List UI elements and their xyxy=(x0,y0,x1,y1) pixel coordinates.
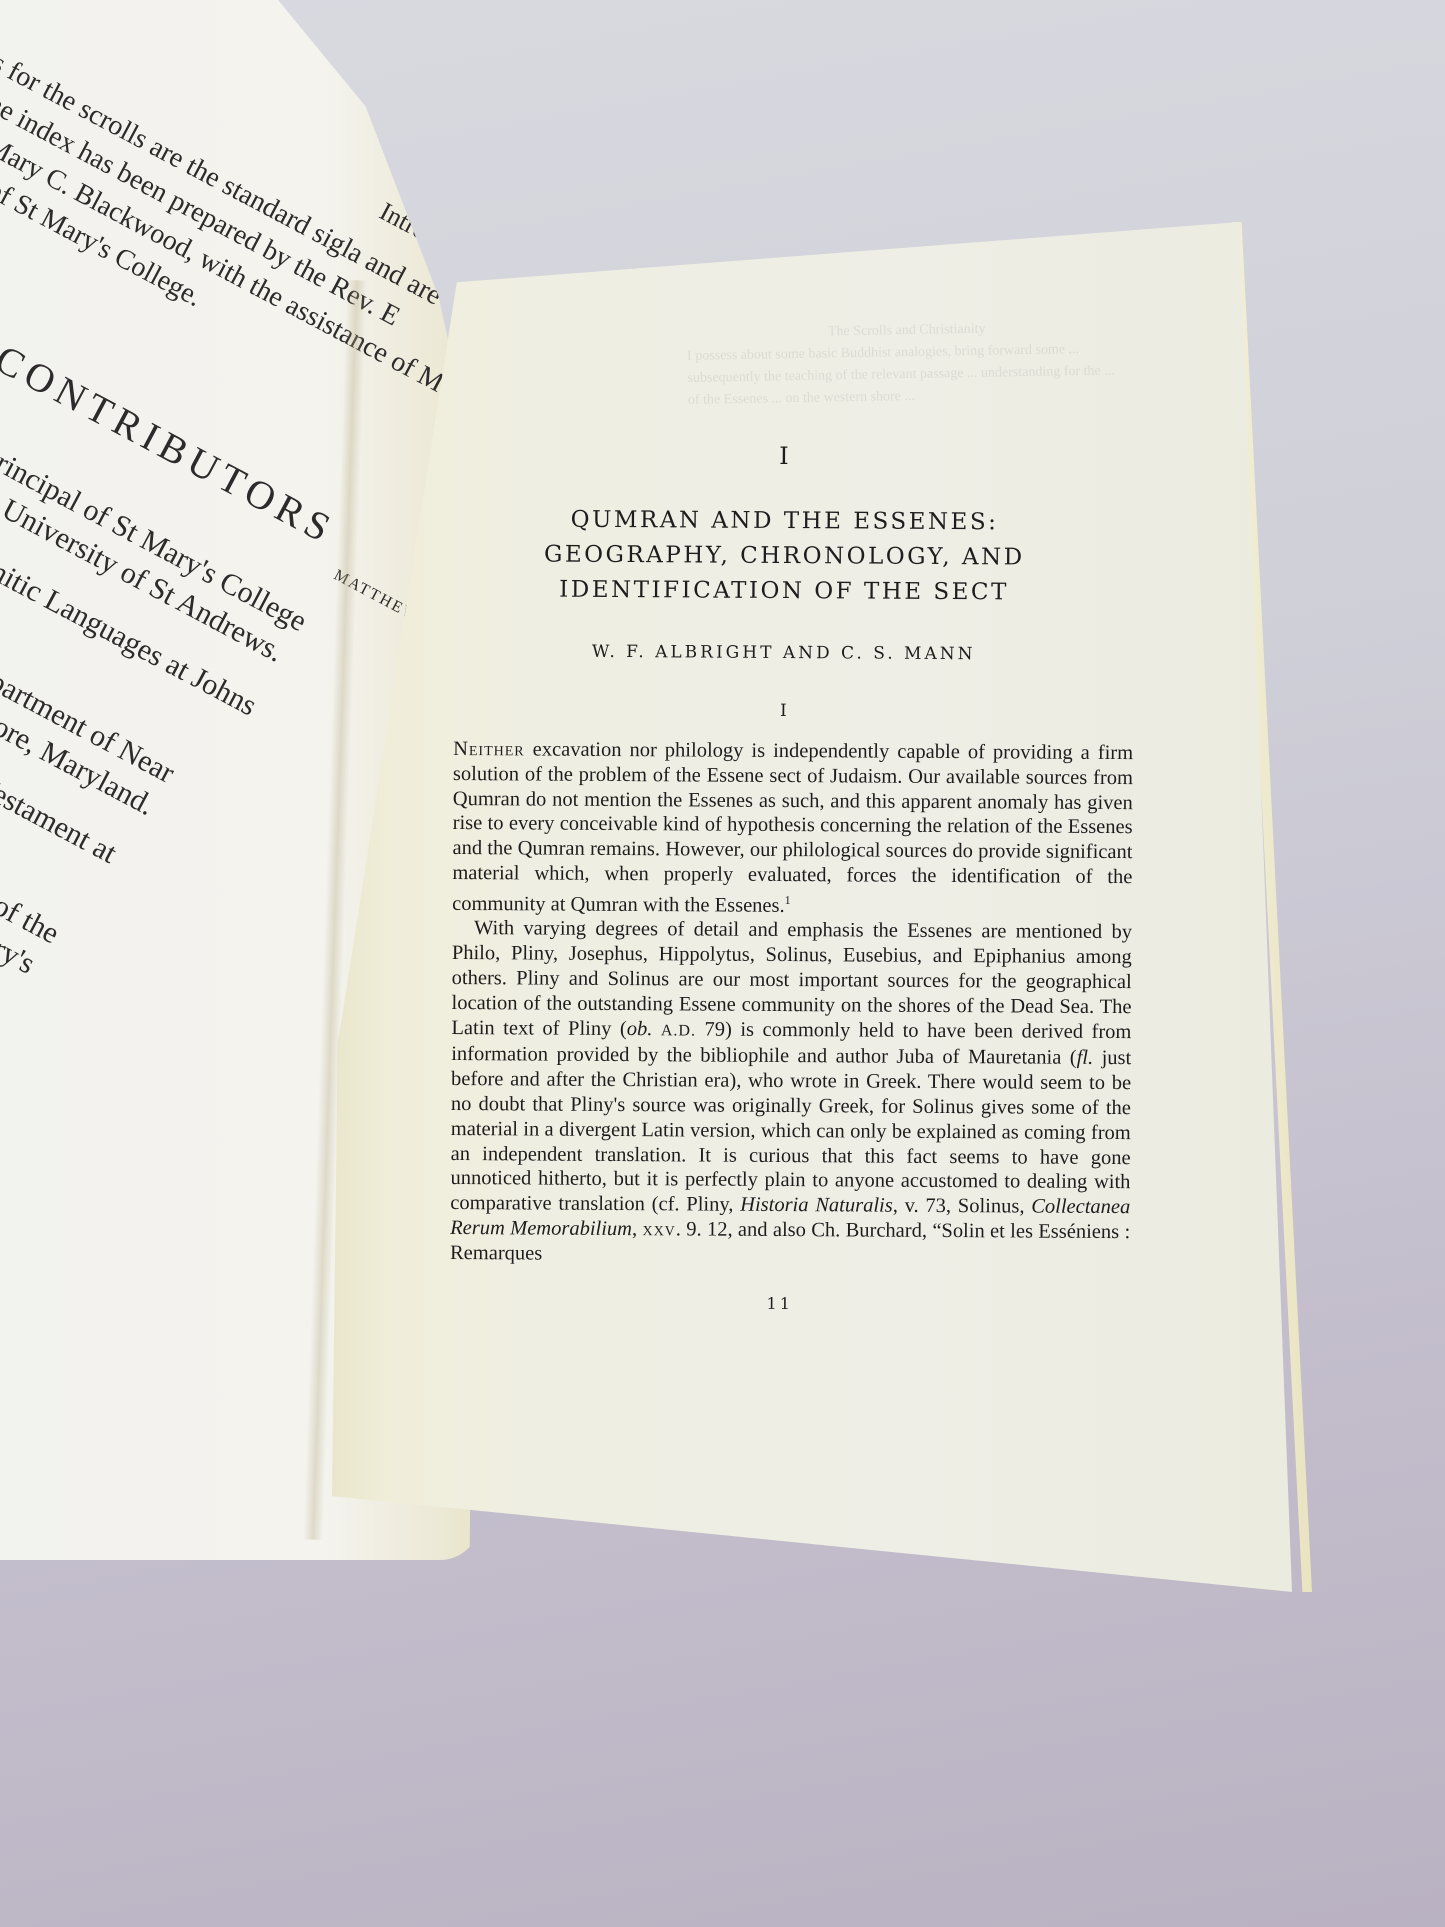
section-number: I xyxy=(433,699,1133,723)
paragraph: Neither excavation nor philology is inde… xyxy=(452,737,1133,921)
chapter-title: QUMRAN AND THE ESSENES: GEOGRAPHY, CHRON… xyxy=(434,502,1135,611)
italic-text: ob. xyxy=(627,1018,653,1040)
chapter-title-line: IDENTIFICATION OF THE SECT xyxy=(434,572,1134,611)
italic-text: Historia Naturalis xyxy=(740,1194,893,1217)
chapter-title-line: QUMRAN AND THE ESSENES: xyxy=(434,502,1134,541)
chapter-title-line: GEOGRAPHY, CHRONOLOGY, AND xyxy=(434,537,1134,576)
footnote-mark[interactable]: 1 xyxy=(785,893,791,907)
paragraph-text: , v. 73, Solinus, xyxy=(893,1195,1032,1218)
paragraph-text: , xyxy=(632,1218,643,1240)
small-caps-text: xxv xyxy=(642,1218,675,1240)
chapter-number: I xyxy=(435,440,1135,472)
lead-word: Neither xyxy=(453,738,525,760)
paragraph-text: excavation nor philology is independentl… xyxy=(452,738,1133,916)
paragraph: With varying degrees of detail and empha… xyxy=(450,916,1132,1269)
small-caps-text: A.D. xyxy=(661,1022,696,1039)
chapter-authors: W. F. ALBRIGHT AND C. S. MANN xyxy=(434,641,1134,665)
italic-text: fl. xyxy=(1077,1047,1094,1069)
body-text: Neither excavation nor philology is inde… xyxy=(450,737,1133,1270)
bleed-body: I possess about some basic Buddhist anal… xyxy=(687,338,1128,412)
paragraph-text: just before and after the Christian era)… xyxy=(450,1047,1131,1216)
chapter-text: I QUMRAN AND THE ESSENES: GEOGRAPHY, CHR… xyxy=(450,440,1135,1315)
